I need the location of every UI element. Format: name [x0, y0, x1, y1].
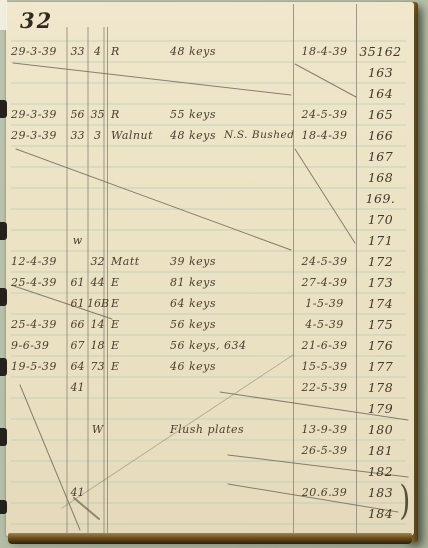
ledger-row: 4122-5-39178	[0, 377, 428, 398]
ledger-cell-desc: 56 keys	[170, 314, 294, 335]
ledger-cell-num: 166	[356, 125, 405, 146]
ledger-cell-desc: 56 keys, 634	[170, 335, 294, 356]
ledger-cell-mark: R	[111, 104, 167, 125]
ledger-cell-date2: 1-5-39	[294, 293, 355, 314]
ledger-cell-mark: R	[111, 41, 167, 62]
ledger-cell-num: 178	[356, 377, 405, 398]
ledger-cell-date2: 24-5-39	[294, 104, 355, 125]
ledger-cell-mark: E	[111, 293, 167, 314]
ledger-cell-date: 29-3-39	[11, 104, 67, 125]
ledger-cell-date: 29-3-39	[11, 41, 67, 62]
ledger-cell-num: 169.	[356, 188, 405, 209]
ledger-cell-date2: 18-4-39	[294, 41, 355, 62]
ledger-cell-date: 25-4-39	[11, 272, 67, 293]
ledger-cell-c3: W	[87, 419, 108, 440]
ledger-cell-num: 170	[356, 209, 405, 230]
ledger-cell-num: 184	[356, 503, 405, 524]
ledger-row: 6116BE64 keys1-5-39174	[0, 293, 428, 314]
ledger-cell-num: 179	[356, 398, 405, 419]
ledger-cell-num: 167	[356, 146, 405, 167]
ledger-cell-date2: 18-4-39	[294, 125, 355, 146]
ledger-cell-desc: Flush plates	[170, 419, 294, 440]
ledger-row: 169.	[0, 188, 428, 209]
ledger-rows-container: 29-3-39334R48 keys18-4-393516216316429-3…	[0, 0, 428, 548]
ledger-cell-c3: 4	[87, 41, 108, 62]
ledger-cell-num: 172	[356, 251, 405, 272]
ledger-row: 179	[0, 398, 428, 419]
ledger-cell-date2: 24-5-39	[294, 251, 355, 272]
grouping-bracket: )	[399, 478, 410, 524]
ledger-cell-c2: 33	[67, 125, 88, 146]
ledger-cell-num: 174	[356, 293, 405, 314]
ledger-cell-mark: E	[111, 272, 167, 293]
ledger-cell-c3: 32	[87, 251, 108, 272]
ledger-row: 4120.6.39183	[0, 482, 428, 503]
ledger-cell-date: 19-5-39	[11, 356, 67, 377]
ledger-cell-date: 25-4-39	[11, 314, 67, 335]
ledger-cell-date: 12-4-39	[11, 251, 67, 272]
ledger-row: 168	[0, 167, 428, 188]
ledger-cell-desc: 64 keys	[170, 293, 294, 314]
ledger-cell-c3: 3	[87, 125, 108, 146]
ledger-cell-num: 35162	[356, 41, 405, 62]
ledger-cell-c3: 16B	[87, 293, 108, 314]
ledger-row: 164	[0, 83, 428, 104]
ledger-cell-c3: 14	[87, 314, 108, 335]
ledger-cell-desc: 39 keys	[170, 251, 294, 272]
ledger-cell-num: 165	[356, 104, 405, 125]
ledger-cell-mark: Matt	[111, 251, 167, 272]
ledger-cell-num: 164	[356, 83, 405, 104]
ledger-cell-num: 182	[356, 461, 405, 482]
ledger-cell-mark: Walnut	[111, 125, 167, 146]
ledger-row: 12-4-3932Matt39 keys24-5-39172	[0, 251, 428, 272]
ledger-row: 9-6-396718E56 keys, 63421-6-39176	[0, 335, 428, 356]
ledger-cell-date: 29-3-39	[11, 125, 67, 146]
ledger-cell-c2: 56	[67, 104, 88, 125]
ledger-cell-c3: 44	[87, 272, 108, 293]
ledger-cell-date2: 13-9-39	[294, 419, 355, 440]
ledger-cell-date2: 15-5-39	[294, 356, 355, 377]
ledger-cell-num: 177	[356, 356, 405, 377]
ledger-row: 182	[0, 461, 428, 482]
ledger-cell-desc: 55 keys	[170, 104, 294, 125]
ledger-row: 26-5-39181	[0, 440, 428, 461]
ledger-cell-c2: 61	[67, 272, 88, 293]
ledger-cell-date2: 27-4-39	[294, 272, 355, 293]
ledger-cell-date2: 26-5-39	[294, 440, 355, 461]
ledger-cell-note: N.S. Bushed	[224, 125, 294, 146]
ledger-row: 184	[0, 503, 428, 524]
ledger-cell-c2: 61	[67, 293, 88, 314]
ledger-cell-desc: 46 keys	[170, 356, 294, 377]
ledger-cell-c2: 33	[67, 41, 88, 62]
ledger-cell-date2: 22-5-39	[294, 377, 355, 398]
ledger-row: 29-3-39333Walnut48 keysN.S. Bushed18-4-3…	[0, 125, 428, 146]
ledger-row: 29-3-395635R55 keys24-5-39165	[0, 104, 428, 125]
ledger-row: 170	[0, 209, 428, 230]
ledger-row: 25-4-396614E56 keys4-5-39175	[0, 314, 428, 335]
ledger-row: 25-4-396144E81 keys27-4-39173	[0, 272, 428, 293]
ledger-row: 163	[0, 62, 428, 83]
ledger-cell-c2: 41	[67, 377, 88, 398]
ledger-cell-c3: 35	[87, 104, 108, 125]
ledger-cell-num: 171	[356, 230, 405, 251]
ledger-row: 19-5-396473E46 keys15-5-39177	[0, 356, 428, 377]
ledger-row: 29-3-39334R48 keys18-4-3935162	[0, 41, 428, 62]
ledger-cell-num: 168	[356, 167, 405, 188]
ledger-cell-num: 183	[356, 482, 405, 503]
ledger-cell-mark: E	[111, 314, 167, 335]
ledger-row: WFlush plates13-9-39180	[0, 419, 428, 440]
ledger-cell-c2: 64	[67, 356, 88, 377]
ledger-cell-c2: 67	[67, 335, 88, 356]
ledger-cell-desc: 48 keys	[170, 41, 294, 62]
ledger-cell-num: 163	[356, 62, 405, 83]
ledger-cell-mark: E	[111, 356, 167, 377]
ledger-cell-c2: 41	[67, 482, 88, 503]
ledger-row: 167	[0, 146, 428, 167]
ledger-cell-num: 176	[356, 335, 405, 356]
ledger-cell-date: 9-6-39	[11, 335, 67, 356]
ledger-cell-c2: w	[67, 230, 88, 251]
ledger-row: w171	[0, 230, 428, 251]
ledger-cell-mark: E	[111, 335, 167, 356]
ledger-cell-num: 180	[356, 419, 405, 440]
ledger-cell-c3: 73	[87, 356, 108, 377]
ledger-cell-num: 181	[356, 440, 405, 461]
ledger-cell-num: 173	[356, 272, 405, 293]
ledger-cell-date2: 20.6.39	[294, 482, 355, 503]
ledger-cell-desc: 81 keys	[170, 272, 294, 293]
ledger-cell-c2: 66	[67, 314, 88, 335]
ledger-cell-date2: 21-6-39	[294, 335, 355, 356]
ledger-cell-num: 175	[356, 314, 405, 335]
ledger-cell-date2: 4-5-39	[294, 314, 355, 335]
ledger-cell-c3: 18	[87, 335, 108, 356]
